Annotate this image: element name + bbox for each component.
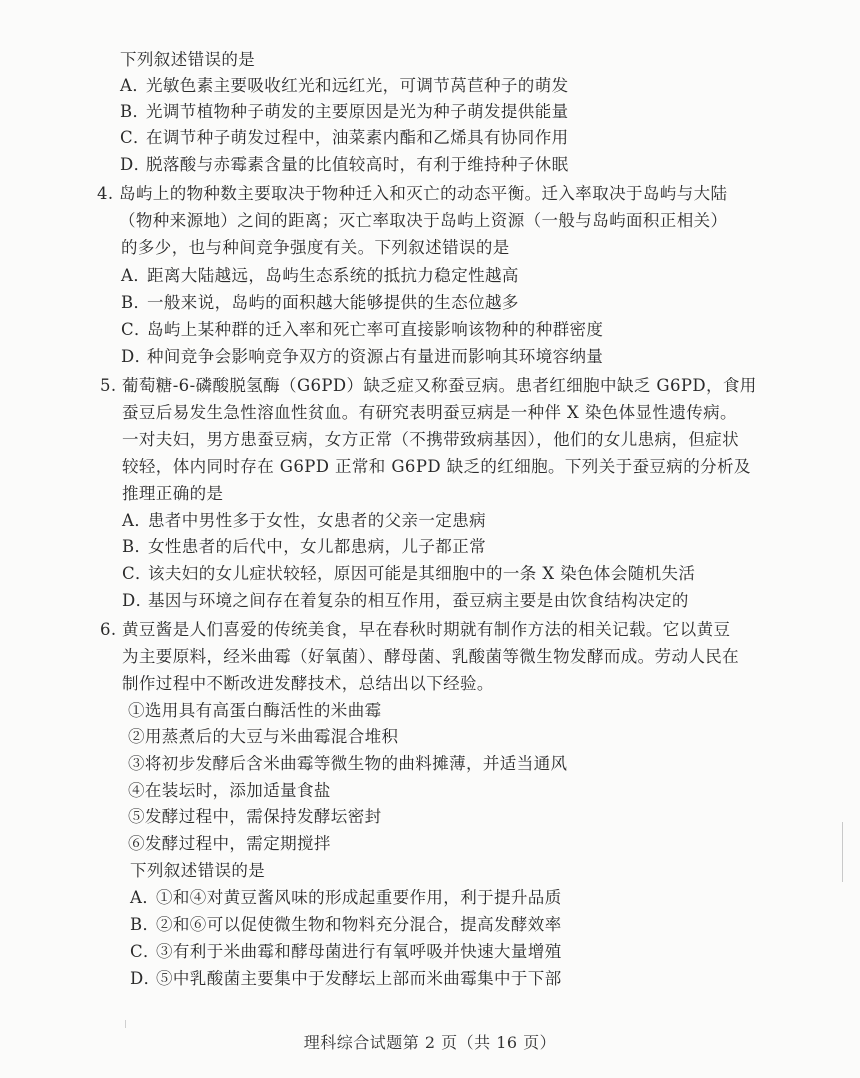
q6-step-3: ③将初步发酵后含米曲霉等微生物的曲料摊薄，并适当通风 [128,754,567,774]
q4-stem-line-1: 4.岛屿上的物种数主要取决于物种迁入和灭亡的动态平衡。迁入率取决于岛屿与大陆 [97,184,727,204]
option-text: ⑤中乳酸菌主要集中于发酵坛上部而米曲霉集中于下部 [156,969,562,988]
page-footer: 理科综合试题第 2 页（共 16 页） [0,1030,860,1053]
q6-stem-line-3: 制作过程中不断改进发酵技术，总结出以下经验。 [122,674,494,694]
option-letter: A． [130,888,156,908]
option-letter: D． [121,347,147,367]
q6-step-4: ④在装坛时，添加适量食盐 [128,781,331,801]
q5-stem-line-2: 蚕豆后易发生急性溶血性贫血。有研究表明蚕豆病是一种伴 X 染色体显性遗传病。 [122,403,737,423]
q4-option-a: A．距离大陆越远，岛屿生态系统的抵抗力稳定性越高 [121,266,519,286]
q6-step-1: ①选用具有高蛋白酶活性的米曲霉 [128,701,382,721]
q6-stem-line-1: 6.黄豆酱是人们喜爱的传统美食，早在春秋时期就有制作方法的相关记载。它以黄豆 [100,620,730,640]
option-text: 距离大陆越远，岛屿生态系统的抵抗力稳定性越高 [147,266,519,285]
option-text: 脱落酸与赤霉素含量的比值较高时，有利于维持种子休眠 [146,155,569,174]
option-letter: B． [120,102,146,122]
option-text: ③有利于米曲霉和酵母菌进行有氧呼吸并快速大量增殖 [156,942,562,961]
option-letter: A． [121,266,147,286]
q6-option-d: D．⑤中乳酸菌主要集中于发酵坛上部而米曲霉集中于下部 [130,969,562,989]
question-number: 6. [100,620,122,640]
q4-option-c: C．岛屿上某种群的迁入率和死亡率可直接影响该物种的种群密度 [121,320,603,340]
q6-step-6: ⑥发酵过程中，需定期搅拌 [128,834,331,854]
option-letter: B． [122,537,148,557]
q5-stem-line-1: 5.葡萄糖-6-磷酸脱氢酶（G6PD）缺乏症又称蚕豆病。患者红细胞中缺乏 G6P… [100,376,757,396]
scan-artifact [125,1020,126,1028]
option-text: ②和⑥可以促使微生物和物料充分混合，提高发酵效率 [156,915,562,934]
stem-text: 岛屿上的物种数主要取决于物种迁入和灭亡的动态平衡。迁入率取决于岛屿与大陆 [119,184,727,203]
scan-artifact [842,822,843,882]
q5-option-c: C．该夫妇的女儿症状较轻，原因可能是其细胞中的一条 X 染色体会随机失活 [122,564,695,584]
q4-stem-line-2: （物种来源地）之间的距离；灭亡率取决于岛屿上资源（一般与岛屿面积正相关） [119,211,727,231]
option-text: 在调节种子萌发过程中，油菜素内酯和乙烯具有协同作用 [146,128,569,147]
option-text: 女性患者的后代中，女儿都患病，儿子都正常 [148,537,486,556]
option-text: 种间竞争会影响竞争双方的资源占有量进而影响其环境容纳量 [147,347,603,366]
option-letter: D． [120,155,146,175]
option-text: 光调节植物种子萌发的主要原因是光为种子萌发提供能量 [146,102,569,121]
exam-page: 下列叙述错误的是 A．光敏色素主要吸收红光和远红光，可调节莴苣种子的萌发 B．光… [0,0,860,1078]
option-text: ①和④对黄豆酱风味的形成起重要作用，利于提升品质 [156,888,562,907]
option-text: 该夫妇的女儿症状较轻，原因可能是其细胞中的一条 X 染色体会随机失活 [148,564,695,583]
q6-option-b: B．②和⑥可以促使微生物和物料充分混合，提高发酵效率 [130,915,562,935]
q6-stem-line-2: 为主要原料，经米曲霉（好氧菌）、酵母菌、乳酸菌等微生物发酵而成。劳动人民在 [122,647,739,667]
option-letter: C． [121,320,147,340]
q5-option-b: B．女性患者的后代中，女儿都患病，儿子都正常 [122,537,486,557]
question-number: 5. [100,376,122,396]
option-letter: B． [130,915,156,935]
q6-option-a: A．①和④对黄豆酱风味的形成起重要作用，利于提升品质 [130,888,562,908]
stem-text: 黄豆酱是人们喜爱的传统美食，早在春秋时期就有制作方法的相关记载。它以黄豆 [122,620,730,639]
q5-stem-line-4: 较轻，体内同时存在 G6PD 正常和 G6PD 缺乏的红细胞。下列关于蚕豆病的分… [122,457,751,477]
q5-option-d: D．基因与环境之间存在着复杂的相互作用，蚕豆病主要是由饮食结构决定的 [122,591,689,611]
q4-option-b: B．一般来说，岛屿的面积越大能够提供的生态位越多 [121,293,519,313]
option-letter: A． [120,76,146,96]
q6-option-c: C．③有利于米曲霉和酵母菌进行有氧呼吸并快速大量增殖 [130,942,562,962]
option-letter: C． [120,128,146,148]
q3-stem: 下列叙述错误的是 [120,50,255,70]
option-text: 基因与环境之间存在着复杂的相互作用，蚕豆病主要是由饮食结构决定的 [148,591,689,610]
q6-step-5: ⑤发酵过程中，需保持发酵坛密封 [128,807,382,827]
q6-question: 下列叙述错误的是 [130,861,265,881]
q3-option-b: B．光调节植物种子萌发的主要原因是光为种子萌发提供能量 [120,102,569,122]
option-letter: D． [130,969,156,989]
option-text: 岛屿上某种群的迁入率和死亡率可直接影响该物种的种群密度 [147,320,603,339]
q3-option-c: C．在调节种子萌发过程中，油菜素内酯和乙烯具有协同作用 [120,128,569,148]
q5-stem-line-3: 一对夫妇，男方患蚕豆病，女方正常（不携带致病基因），他们的女儿患病，但症状 [122,430,739,450]
q6-step-2: ②用蒸煮后的大豆与米曲霉混合堆积 [128,727,398,747]
q4-stem-line-3: 的多少，也与种间竞争强度有关。下列叙述错误的是 [121,238,510,258]
q4-option-d: D．种间竞争会影响竞争双方的资源占有量进而影响其环境容纳量 [121,347,603,367]
option-text: 患者中男性多于女性，女患者的父亲一定患病 [148,511,486,530]
q5-stem-line-5: 推理正确的是 [122,484,223,504]
option-letter: C． [130,942,156,962]
option-letter: A． [122,511,148,531]
option-letter: D． [122,591,148,611]
option-text: 一般来说，岛屿的面积越大能够提供的生态位越多 [147,293,519,312]
q3-option-d: D．脱落酸与赤霉素含量的比值较高时，有利于维持种子休眠 [120,155,569,175]
q5-option-a: A．患者中男性多于女性，女患者的父亲一定患病 [122,511,486,531]
option-letter: C． [122,564,148,584]
option-text: 光敏色素主要吸收红光和远红光，可调节莴苣种子的萌发 [146,76,569,95]
option-letter: B． [121,293,147,313]
q3-option-a: A．光敏色素主要吸收红光和远红光，可调节莴苣种子的萌发 [120,76,569,96]
stem-text: 葡萄糖-6-磷酸脱氢酶（G6PD）缺乏症又称蚕豆病。患者红细胞中缺乏 G6PD，… [122,376,757,395]
question-number: 4. [97,184,119,204]
